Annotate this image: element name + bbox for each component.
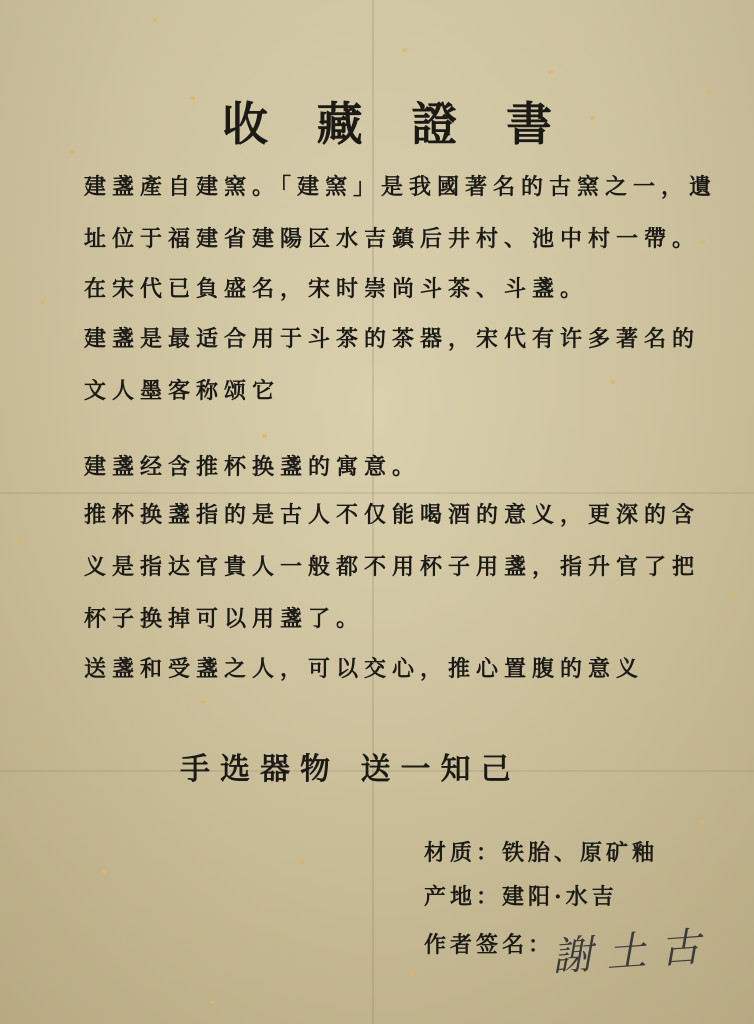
material-label: 材质： <box>424 840 502 866</box>
gold-fleck <box>402 48 407 52</box>
body-line: 址位于福建省建陽区水吉鎮后井村、池中村一帶。 <box>84 222 700 253</box>
author-row: 作者签名： <box>424 928 554 959</box>
gold-fleck <box>102 870 107 874</box>
body-line: 建盞產自建窯。「建窯」是我國著名的古窯之一，遺 <box>84 170 717 201</box>
body-line: 文人墨客称颂它 <box>84 374 280 405</box>
gold-fleck <box>40 740 45 744</box>
gold-fleck <box>410 972 415 976</box>
origin-row: 产地：建阳·水吉 <box>424 880 618 911</box>
gold-fleck <box>706 90 711 94</box>
title-char: 證 <box>411 88 457 154</box>
body-line: 推杯换盞指的是古人不仅能喝酒的意义，更深的含 <box>84 498 700 529</box>
gold-fleck <box>700 240 705 244</box>
body-line: 杯子换掉可以用盞了。 <box>84 602 364 633</box>
origin-label: 产地： <box>424 884 502 910</box>
closing-line: 手选器物 送一知己 <box>180 744 520 788</box>
title-char: 收 <box>222 88 268 154</box>
gold-fleck <box>590 116 595 120</box>
origin-value: 建阳·水吉 <box>502 884 618 910</box>
body-line: 建盞是最适合用于斗茶的茶器，宋代有许多著名的 <box>84 322 700 353</box>
author-signature: 謝土古 <box>550 914 716 982</box>
gold-fleck <box>190 96 195 100</box>
gold-fleck <box>730 595 735 599</box>
gold-fleck <box>200 700 205 704</box>
body-line: 送盞和受盞之人，可以交心，推心置腹的意义 <box>84 652 644 683</box>
title-char: 藏 <box>317 88 363 154</box>
body-line: 义是指达官貴人一般都不用杯子用盞，指升官了把 <box>84 550 700 581</box>
gold-fleck <box>300 860 305 864</box>
gold-fleck <box>40 300 45 304</box>
gold-fleck <box>210 1000 215 1004</box>
material-value: 铁胎、原矿釉 <box>502 840 658 866</box>
author-label: 作者签名： <box>424 932 554 958</box>
certificate-title: 收 藏 證 書 <box>222 88 552 154</box>
gold-fleck <box>152 18 157 22</box>
gold-fleck <box>262 434 267 438</box>
title-char: 書 <box>506 88 552 154</box>
material-row: 材质：铁胎、原矿釉 <box>424 836 658 867</box>
paper-fold-horizontal <box>0 492 754 494</box>
gold-fleck <box>610 380 615 384</box>
body-line: 建盞经含推杯换盞的寓意。 <box>84 450 420 481</box>
body-line: 在宋代已負盛名，宋时崇尚斗茶、斗盞。 <box>84 272 588 303</box>
gold-fleck <box>70 150 75 154</box>
gold-fleck <box>548 70 553 74</box>
gold-fleck <box>18 540 23 544</box>
gold-fleck <box>700 820 705 824</box>
